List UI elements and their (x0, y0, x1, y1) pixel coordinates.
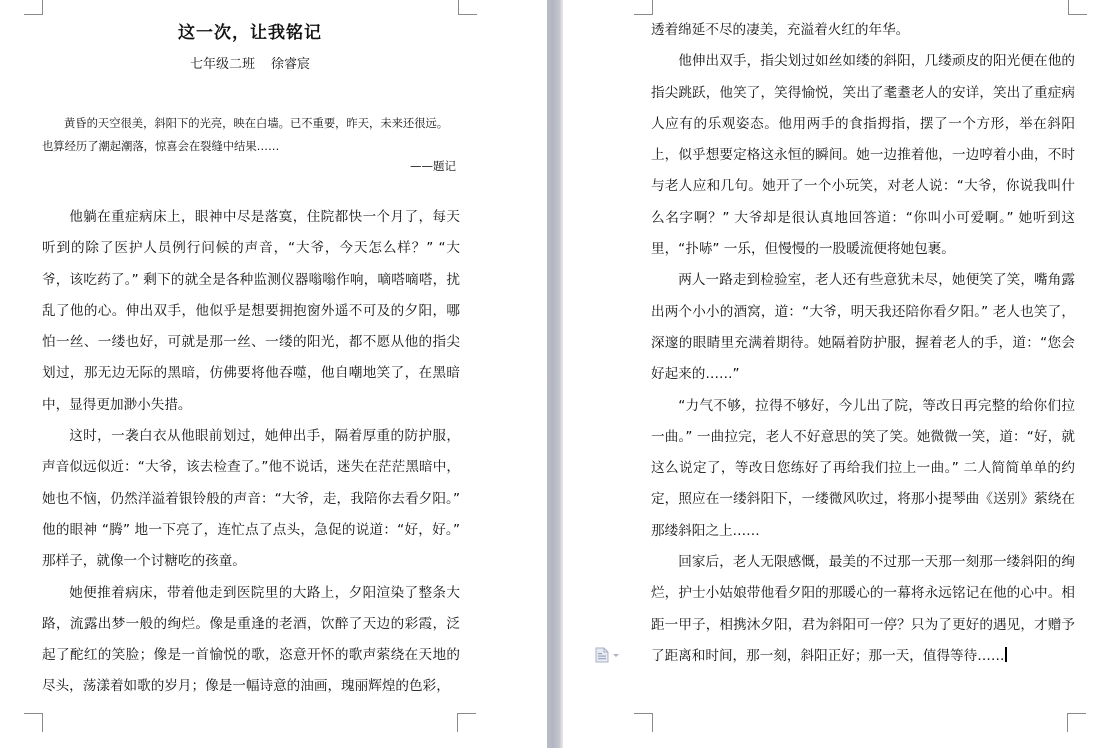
paragraph-continuation: 透着绵延不尽的凄美，充溢着火红的年华。 (651, 15, 1075, 46)
body-text-left[interactable]: 他躺在重症病床上，眼神中尽是落寞，住院都快一个月了，每天听到的除了医护人员例行问… (42, 202, 460, 703)
epigraph-text: 黄昏的天空很美，斜阳下的光亮，映在白墙。已不重要，昨天，未来还很远。也算经历了潮… (42, 112, 458, 158)
margin-corner-mark (24, 0, 43, 15)
margin-corner-mark (634, 713, 653, 732)
paragraph: 他躺在重症病床上，眼神中尽是落寞，住院都快一个月了，每天听到的除了医护人员例行问… (42, 202, 460, 421)
page-separator (547, 0, 563, 748)
body-text-right[interactable]: 透着绵延不尽的凄美，充溢着火红的年华。 他伸出双手，指尖划过如丝如缕的斜阳，几缕… (651, 15, 1075, 672)
document-page-left[interactable]: 这一次，让我铭记 七年级二班徐睿宸 黄昏的天空很美，斜阳下的光亮，映在白墙。已不… (0, 0, 547, 748)
paragraph: 她便推着病床，带着他走到医院里的大路上，夕阳渲染了整条大路，流露出梦一般的绚烂。… (42, 578, 460, 703)
byline-author: 徐睿宸 (271, 57, 310, 72)
paragraph: 两人一路走到检验室，老人还有些意犹未尽，她便笑了笑，嘴角露出两个小小的酒窝，道：… (651, 265, 1075, 390)
paragraph-last-text: 回家后，老人无限感慨，最美的不过那一天那一刻那一缕斜阳的绚烂，护士小姑娘带他看夕… (651, 554, 1075, 664)
margin-corner-mark (1068, 0, 1087, 15)
byline-class: 七年级二班 (190, 57, 255, 72)
margin-corner-mark (457, 713, 476, 732)
margin-corner-mark (458, 0, 477, 15)
epigraph-attribution: ——题记 (42, 158, 456, 174)
byline: 七年级二班徐睿宸 (42, 53, 458, 72)
chevron-down-icon (613, 654, 619, 657)
paragraph: 这时，一袭白衣从他眼前划过，她伸出手，隔着厚重的防护服，声音似远似近：“大爷，该… (42, 421, 460, 577)
text-cursor (1005, 647, 1007, 662)
margin-corner-mark (24, 713, 43, 732)
document-page-right[interactable]: 透着绵延不尽的凄美，充溢着火红的年华。 他伸出双手，指尖划过如丝如缕的斜阳，几缕… (563, 0, 1100, 748)
paragraph: “力气不够，拉得不够好，今儿出了院，等改日再完整的给你们拉一曲。” 一曲拉完，老… (651, 391, 1075, 547)
paragraph-last: 回家后，老人无限感慨，最美的不过那一天那一刻那一缕斜阳的绚烂，护士小姑娘带他看夕… (651, 547, 1075, 672)
paragraph: 他伸出双手，指尖划过如丝如缕的斜阳，几缕顽皮的阳光便在他的指尖跳跃，他笑了，笑得… (651, 46, 1075, 265)
margin-corner-mark (1067, 713, 1086, 732)
margin-corner-mark (634, 0, 653, 15)
paste-options-button[interactable] (595, 646, 629, 664)
paste-options-icon (595, 647, 609, 663)
document-title: 这一次，让我铭记 (42, 18, 458, 43)
